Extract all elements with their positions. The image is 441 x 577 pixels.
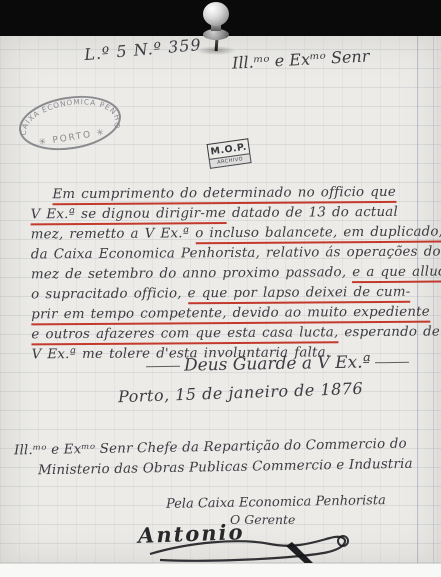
- body-line: da Caixa Economica Penhorista, relativo …: [31, 245, 433, 268]
- oval-stamp-city-text: ✳ PORTO ✳: [38, 128, 106, 148]
- scanned-letter-page: L.º 5 N.º 359 Ill.ᵐᵒ e Exᵐᵒ Senr CAIXA E…: [0, 0, 441, 577]
- letter-body: Em cumprimento do determinado no officio…: [30, 185, 433, 368]
- flourish-line: [375, 361, 409, 363]
- body-text-segment: da Caixa Economica Penhorista, relativo …: [31, 245, 441, 263]
- body-text-segment: e a que allude: [352, 264, 441, 283]
- body-text-segment: esperando de: [338, 325, 440, 341]
- body-text-segment: e outros afazeres com que esta casa luct…: [31, 325, 338, 345]
- flourish-line: [146, 365, 180, 367]
- body-text-segment: mez, remetto a V Ex.ª: [31, 226, 196, 242]
- body-line: o supracitado officio, e que por lapso d…: [31, 285, 433, 308]
- body-line: prir em tempo competente, devido ao muit…: [31, 305, 433, 328]
- body-line: mez, remetto a V Ex.ª o incluso balancet…: [31, 225, 433, 248]
- body-line: e outros afazeres com que esta casa luct…: [31, 325, 433, 348]
- body-text-segment: mez de setembro do anno proximo passado,: [31, 265, 352, 282]
- body-line: Em cumprimento do determinado no officio…: [30, 185, 432, 208]
- body-text-segment: o supracitado officio,: [31, 286, 188, 302]
- body-line: V Ex.ª se dignou dirigir-me datado de 13…: [31, 205, 433, 228]
- body-line: mez de setembro do anno proximo passado,…: [31, 265, 433, 288]
- pin-head: [203, 2, 229, 26]
- body-text-segment: Em cumprimento do determinado no officio…: [52, 185, 396, 205]
- body-text-segment: datado de 13 do actual: [226, 205, 398, 221]
- body-text-segment: o incluso balancete, em duplicado,: [195, 225, 441, 245]
- valediction-text: Deus Guarde a V Ex.ª: [184, 352, 371, 375]
- body-text-segment: e que por lapso deixei de cum-: [188, 285, 411, 305]
- mop-stamp: M.O.P. ARCHIVO: [207, 138, 254, 181]
- body-text-segment: V Ex.ª se dignou dirigir-me: [31, 206, 227, 225]
- body-text-segment: prir em tempo competente, devido ao muit…: [31, 305, 430, 326]
- scan-bottom-strip: [0, 563, 441, 577]
